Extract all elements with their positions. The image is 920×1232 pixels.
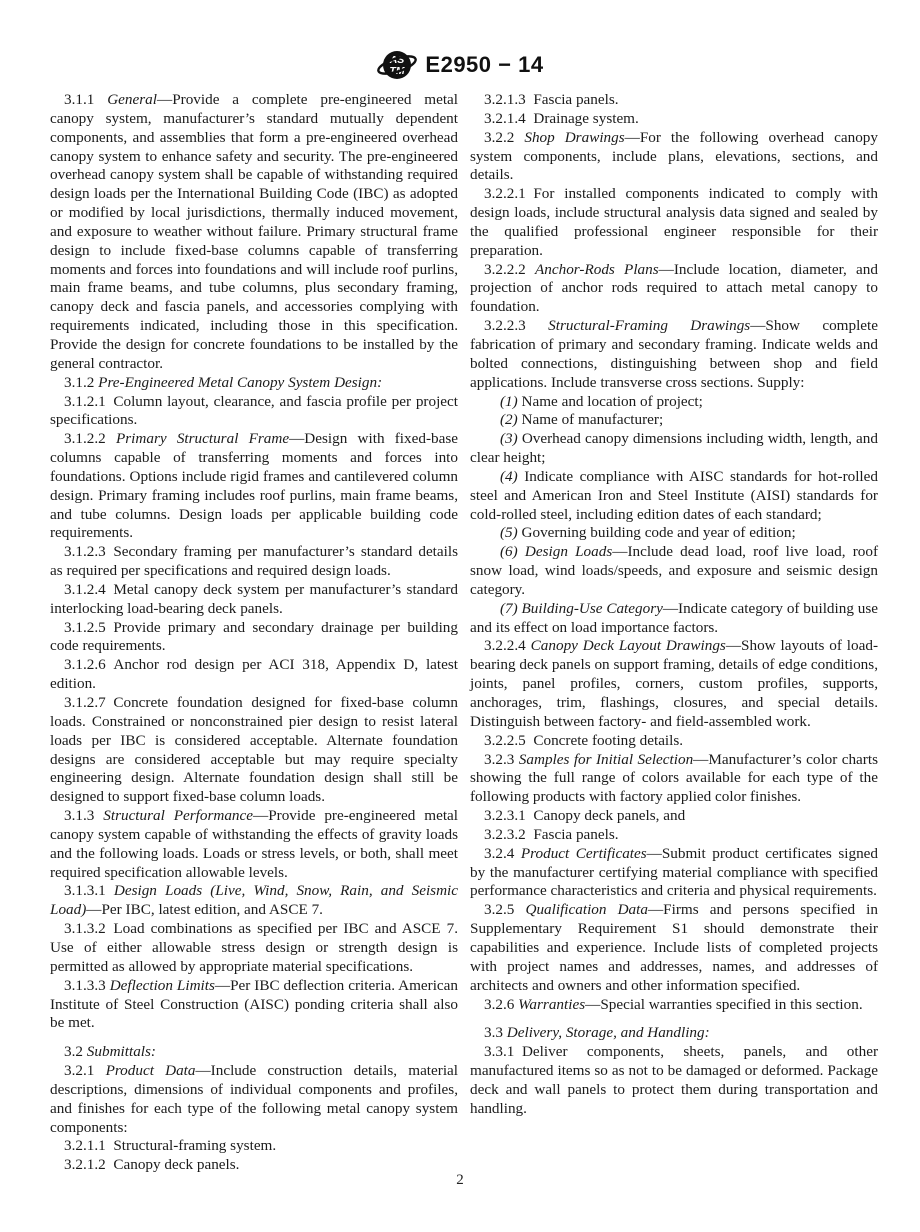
- paragraph: (6) Design Loads—Include dead load, roof…: [470, 543, 878, 600]
- paragraph: 3.1.3.1 Design Loads (Live, Wind, Snow, …: [50, 882, 458, 920]
- column-right: 3.2.1.3 Fascia panels.3.2.1.4 Drainage s…: [470, 91, 878, 1175]
- paragraph: 3.1.1 General—Provide a complete pre-eng…: [50, 91, 458, 374]
- paragraph: 3.2.2.5 Concrete footing details.: [470, 732, 878, 751]
- paragraph: (2) Name of manufacturer;: [470, 411, 878, 430]
- paragraph: 3.1.3.3 Deflection Limits—Per IBC deflec…: [50, 977, 458, 1034]
- paragraph: (3) Overhead canopy dimensions including…: [470, 430, 878, 468]
- paragraph: 3.2.3.2 Fascia panels.: [470, 826, 878, 845]
- paragraph: 3.1.3.2 Load combinations as specified p…: [50, 920, 458, 977]
- paragraph: 3.1.2.2 Primary Structural Frame—Design …: [50, 430, 458, 543]
- paragraph: (4) Indicate compliance with AISC standa…: [470, 468, 878, 525]
- paragraph: 3.2.1.1 Structural-framing system.: [50, 1137, 458, 1156]
- paragraph: 3.2.2.4 Canopy Deck Layout Drawings—Show…: [470, 637, 878, 731]
- paragraph: (7) Building-Use Category—Indicate categ…: [470, 600, 878, 638]
- paragraph: (5) Governing building code and year of …: [470, 524, 878, 543]
- paragraph: 3.1.2 Pre-Engineered Metal Canopy System…: [50, 374, 458, 393]
- standard-designation: E2950 − 14: [425, 52, 543, 78]
- astm-logo-icon: AS TM: [376, 46, 418, 84]
- column-left: 3.1.1 General—Provide a complete pre-eng…: [50, 91, 458, 1175]
- paragraph: 3.1.2.7 Concrete foundation designed for…: [50, 694, 458, 807]
- paragraph: 3.1.2.1 Column layout, clearance, and fa…: [50, 393, 458, 431]
- paragraph: 3.1.2.3 Secondary framing per manufactur…: [50, 543, 458, 581]
- paragraph: 3.1.2.6 Anchor rod design per ACI 318, A…: [50, 656, 458, 694]
- paragraph: 3.1.3 Structural Performance—Provide pre…: [50, 807, 458, 882]
- paragraph: 3.1.2.5 Provide primary and secondary dr…: [50, 619, 458, 657]
- page-number: 2: [456, 1172, 464, 1188]
- paragraph: 3.2.2 Shop Drawings—For the following ov…: [470, 129, 878, 186]
- paragraph: 3.2.3 Samples for Initial Selection—Manu…: [470, 751, 878, 808]
- page-header: AS TM E2950 − 14: [0, 46, 920, 84]
- paragraph: 3.1.2.4 Metal canopy deck system per man…: [50, 581, 458, 619]
- page-footer: 2: [0, 1172, 920, 1189]
- paragraph: 3.2.2.3 Structural-Framing Drawings—Show…: [470, 317, 878, 392]
- paragraph: 3.2.1.3 Fascia panels.: [470, 91, 878, 110]
- paragraph: 3.2 Submittals:: [50, 1043, 458, 1062]
- paragraph: 3.2.5 Qualification Data—Firms and perso…: [470, 901, 878, 995]
- paragraph: 3.2.4 Product Certificates—Submit produc…: [470, 845, 878, 902]
- paragraph: 3.3.1 Deliver components, sheets, panels…: [470, 1043, 878, 1118]
- paragraph: 3.2.1.4 Drainage system.: [470, 110, 878, 129]
- paragraph: 3.2.2.1 For installed components indicat…: [470, 185, 878, 260]
- paragraph: 3.3 Delivery, Storage, and Handling:: [470, 1024, 878, 1043]
- paragraph: 3.2.6 Warranties—Special warranties spec…: [470, 996, 878, 1015]
- document-page: AS TM E2950 − 14 3.1.1 General—Provide a…: [0, 0, 920, 1232]
- paragraph: 3.2.3.1 Canopy deck panels, and: [470, 807, 878, 826]
- paragraph: 3.2.1 Product Data—Include construction …: [50, 1062, 458, 1137]
- paragraph: (1) Name and location of project;: [470, 393, 878, 412]
- document-body: 3.1.1 General—Provide a complete pre-eng…: [50, 91, 878, 1175]
- paragraph: 3.2.2.2 Anchor-Rods Plans—Include locati…: [470, 261, 878, 318]
